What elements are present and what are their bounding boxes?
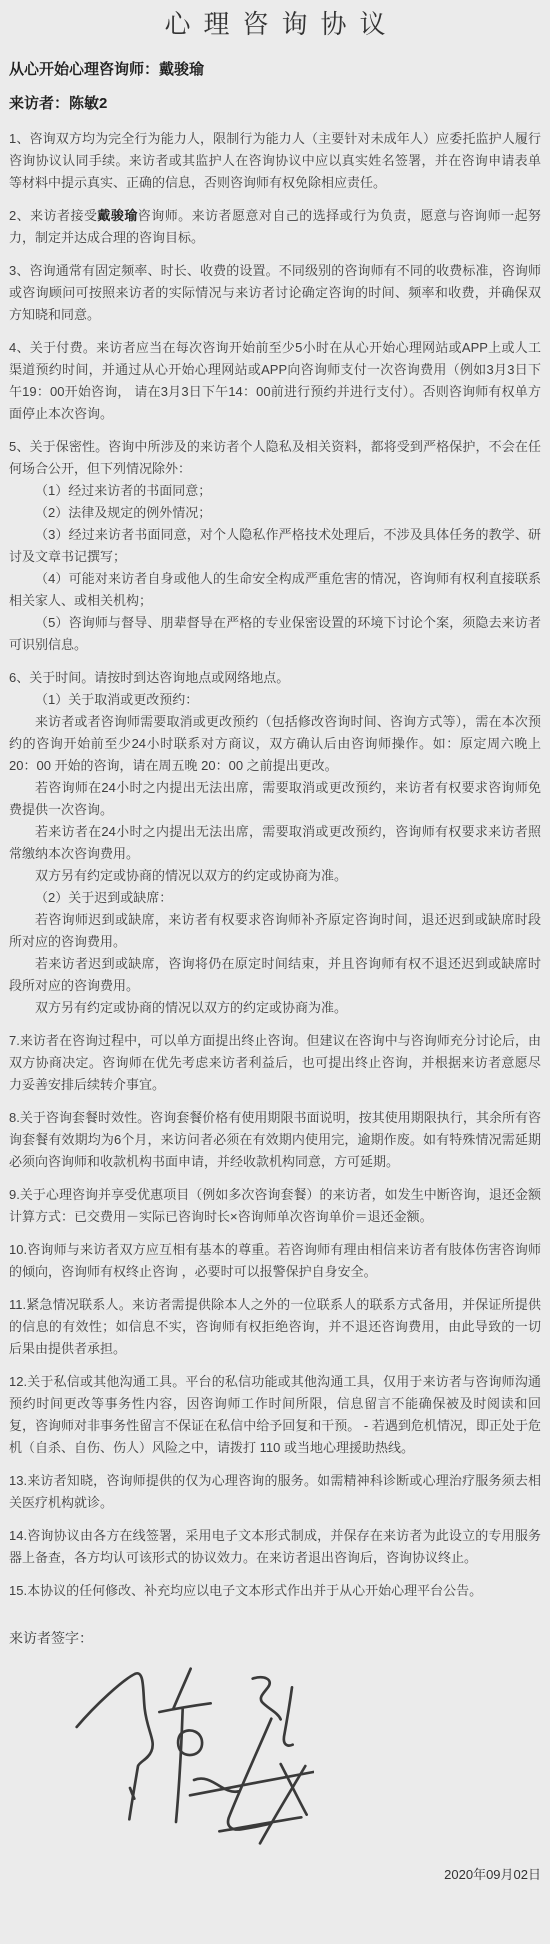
agreement-paragraph: 6、关于时间。请按时到达咨询地点或网络地点。: [9, 667, 541, 689]
agreement-paragraph: 若咨询师迟到或缺席，来访者有权要求咨询师补齐原定咨询时间，退还迟到或缺席时段所对…: [9, 909, 541, 953]
signature-label: 来访者签字：: [9, 1628, 541, 1648]
paragraph-text: 1、咨询双方均为完全行为能力人，限制行为能力人（主要针对未成年人）应委托监护人履…: [9, 131, 541, 190]
paragraph-text: （3）经过来访者书面同意，对个人隐私作严格技术处理后，不涉及具体任务的教学、研讨…: [9, 527, 541, 564]
agreement-paragraph: 来访者或者咨询师需要取消或更改预约（包括修改咨询时间、咨询方式等），需在本次预约…: [9, 711, 541, 777]
agreement-paragraph: 14.咨询协议由各方在线签署，采用电子文本形式制成，并保存在来访者为此设立的专用…: [9, 1525, 541, 1569]
agreement-paragraph: 双方另有约定或协商的情况以双方的约定或协商为准。: [9, 997, 541, 1019]
agreement-paragraph: 8.关于咨询套餐时效性。咨询套餐价格有使用期限书面说明，按其使用期限执行，其余所…: [9, 1107, 541, 1173]
agreement-paragraph: 1、咨询双方均为完全行为能力人，限制行为能力人（主要针对未成年人）应委托监护人履…: [9, 128, 541, 194]
client-name-line: 来访者：陈敏2: [9, 94, 541, 114]
paragraph-text: （5）咨询师与督导、朋辈督导在严格的专业保密设置的环境下讨论个案，须隐去来访者可…: [9, 615, 541, 652]
agreement-paragraph: （4）可能对来访者自身或他人的生命安全构成严重危害的情况，咨询师有权利直接联系相…: [9, 568, 541, 612]
paragraph-text: 14.咨询协议由各方在线签署，采用电子文本形式制成，并保存在来访者为此设立的专用…: [9, 1528, 541, 1565]
paragraph-text: 11.紧急情况联系人。来访者需提供除本人之外的一位联系人的联系方式备用，并保证所…: [9, 1297, 541, 1356]
paragraph-text: 6、关于时间。请按时到达咨询地点或网络地点。: [9, 670, 289, 685]
agreement-paragraph: 7.来访者在咨询过程中，可以单方面提出终止咨询。但建议在咨询中与咨询师充分讨论后…: [9, 1030, 541, 1096]
agreement-paragraph: 2、来访者接受戴骏瑜咨询师。来访者愿意对自己的选择或行为负责，愿意与咨询师一起努…: [9, 205, 541, 249]
agreement-paragraph: 双方另有约定或协商的情况以双方的约定或协商为准。: [9, 865, 541, 887]
agreement-paragraph: 若咨询师在24小时之内提出无法出席，需要取消或更改预约，来访者有权要求咨询师免费…: [9, 777, 541, 821]
paragraph-text: （2）关于迟到或缺席：: [35, 890, 172, 905]
agreement-paragraph: 13.来访者知晓，咨询师提供的仅为心理咨询的服务。如需精神科诊断或心理治疗服务须…: [9, 1470, 541, 1514]
agreement-paragraph: 4、关于付费。来访者应当在每次咨询开始前至少5小时在从心开始心理网站或APP上或…: [9, 337, 541, 425]
paragraph-text: 若来访者在24小时之内提出无法出席，需要取消或更改预约，咨询师有权要求来访者照常…: [9, 824, 541, 861]
counselor-name-emphasis: 戴骏瑜: [97, 208, 137, 223]
paragraph-text: 12.关于私信或其他沟通工具。平台的私信功能或其他沟通工具，仅用于来访者与咨询师…: [9, 1374, 541, 1455]
paragraph-text: （4）可能对来访者自身或他人的生命安全构成严重危害的情况，咨询师有权利直接联系相…: [9, 571, 541, 608]
paragraph-text: 若咨询师在24小时之内提出无法出席，需要取消或更改预约，来访者有权要求咨询师免费…: [9, 780, 541, 817]
paragraph-text: 5、关于保密性。咨询中所涉及的来访者个人隐私及相关资料，都将受到严格保护，不会在…: [9, 439, 541, 476]
agreement-paragraph: 3、咨询通常有固定频率、时长、收费的设置。不同级别的咨询师有不同的收费标准，咨询…: [9, 260, 541, 326]
paragraph-text: 13.来访者知晓，咨询师提供的仅为心理咨询的服务。如需精神科诊断或心理治疗服务须…: [9, 1473, 541, 1510]
paragraph-text: 15.本协议的任何修改、补充均应以电子文本形式作出并于从心开始心理平台公告。: [9, 1583, 482, 1598]
agreement-paragraph: （1）关于取消或更改预约：: [9, 689, 541, 711]
paragraph-text: 若咨询师迟到或缺席，来访者有权要求咨询师补齐原定咨询时间，退还迟到或缺席时段所对…: [9, 912, 541, 949]
paragraph-text: 2、来访者接受: [9, 208, 97, 223]
agreement-document: 心理咨询协议 从心开始心理咨询师：戴骏瑜 来访者：陈敏2 1、咨询双方均为完全行…: [0, 0, 550, 1944]
agreement-paragraph: （5）咨询师与督导、朋辈督导在严格的专业保密设置的环境下讨论个案，须隐去来访者可…: [9, 612, 541, 656]
signing-date: 2020年09月02日: [9, 1866, 541, 1884]
counselor-name-line: 从心开始心理咨询师：戴骏瑜: [9, 60, 541, 80]
agreement-paragraph: （3）经过来访者书面同意，对个人隐私作严格技术处理后，不涉及具体任务的教学、研讨…: [9, 524, 541, 568]
handwritten-signature-icon: [64, 1662, 314, 1862]
paragraph-text: 10.咨询师与来访者双方应互相有基本的尊重。若咨询师有理由相信来访者有肢体伤害咨…: [9, 1242, 541, 1279]
paragraph-text: 来访者或者咨询师需要取消或更改预约（包括修改咨询时间、咨询方式等），需在本次预约…: [9, 714, 541, 773]
agreement-paragraph: 若来访者在24小时之内提出无法出席，需要取消或更改预约，咨询师有权要求来访者照常…: [9, 821, 541, 865]
paragraph-text: 8.关于咨询套餐时效性。咨询套餐价格有使用期限书面说明，按其使用期限执行，其余所…: [9, 1110, 541, 1169]
agreement-paragraph: 10.咨询师与来访者双方应互相有基本的尊重。若咨询师有理由相信来访者有肢体伤害咨…: [9, 1239, 541, 1283]
agreement-paragraph: （1）经过来访者的书面同意；: [9, 480, 541, 502]
agreement-paragraph: 11.紧急情况联系人。来访者需提供除本人之外的一位联系人的联系方式备用，并保证所…: [9, 1294, 541, 1360]
paragraph-text: 双方另有约定或协商的情况以双方的约定或协商为准。: [35, 868, 347, 883]
paragraph-text: 若来访者迟到或缺席，咨询将仍在原定时间结束，并且咨询师有权不退还迟到或缺席时段所…: [9, 956, 541, 993]
paragraph-text: 3、咨询通常有固定频率、时长、收费的设置。不同级别的咨询师有不同的收费标准，咨询…: [9, 263, 541, 322]
agreement-paragraph: 15.本协议的任何修改、补充均应以电子文本形式作出并于从心开始心理平台公告。: [9, 1580, 541, 1602]
paragraph-text: 7.来访者在咨询过程中，可以单方面提出终止咨询。但建议在咨询中与咨询师充分讨论后…: [9, 1033, 541, 1092]
agreement-body: 1、咨询双方均为完全行为能力人，限制行为能力人（主要针对未成年人）应委托监护人履…: [9, 128, 541, 1602]
agreement-paragraph: （2）法律及规定的例外情况；: [9, 502, 541, 524]
page-title: 心理咨询协议: [9, 6, 541, 42]
paragraph-text: 双方另有约定或协商的情况以双方的约定或协商为准。: [35, 1000, 347, 1015]
paragraph-text: （1）关于取消或更改预约：: [35, 692, 198, 707]
agreement-paragraph: 5、关于保密性。咨询中所涉及的来访者个人隐私及相关资料，都将受到严格保护，不会在…: [9, 436, 541, 480]
paragraph-text: 4、关于付费。来访者应当在每次咨询开始前至少5小时在从心开始心理网站或APP上或…: [9, 340, 541, 421]
agreement-paragraph: 12.关于私信或其他沟通工具。平台的私信功能或其他沟通工具，仅用于来访者与咨询师…: [9, 1371, 541, 1459]
paragraph-text: （2）法律及规定的例外情况；: [35, 505, 211, 520]
paragraph-text: 9.关于心理咨询并享受优惠项目（例如多次咨询套餐）的来访者，如发生中断咨询，退还…: [9, 1187, 541, 1224]
agreement-paragraph: 9.关于心理咨询并享受优惠项目（例如多次咨询套餐）的来访者，如发生中断咨询，退还…: [9, 1184, 541, 1228]
client-signature: [64, 1662, 314, 1862]
agreement-paragraph: （2）关于迟到或缺席：: [9, 887, 541, 909]
agreement-paragraph: 若来访者迟到或缺席，咨询将仍在原定时间结束，并且咨询师有权不退还迟到或缺席时段所…: [9, 953, 541, 997]
paragraph-text: （1）经过来访者的书面同意；: [35, 483, 211, 498]
